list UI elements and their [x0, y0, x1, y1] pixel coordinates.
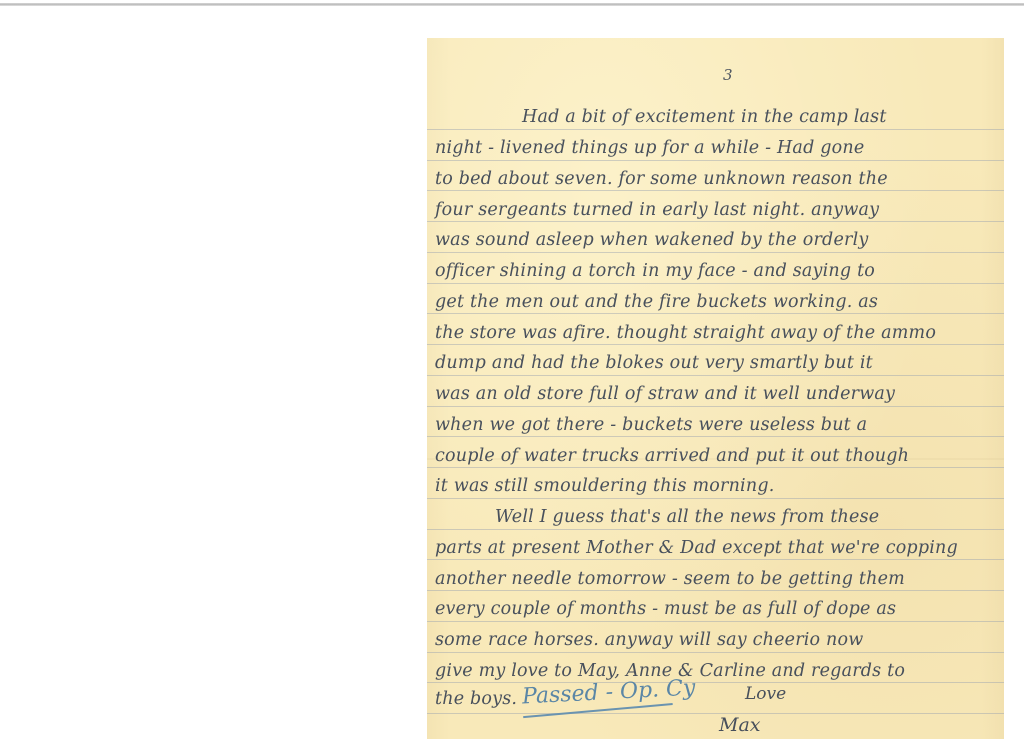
- letter-line: get the men out and the fire buckets wor…: [435, 291, 1000, 313]
- page-number: 3: [723, 66, 733, 84]
- ruled-line: [427, 283, 1004, 284]
- ruled-line: [427, 129, 1004, 130]
- letter-line: some race horses. anyway will say cheeri…: [435, 629, 1000, 651]
- letter-line: the store was afire. thought straight aw…: [435, 322, 1000, 344]
- ruled-line: [427, 252, 1004, 253]
- letter-line: four sergeants turned in early last nigh…: [435, 199, 1000, 221]
- letter-line: night - livened things up for a while - …: [435, 137, 1000, 159]
- ruled-line: [427, 682, 1004, 683]
- ruled-line: [427, 559, 1004, 560]
- letter-line: another needle tomorrow - seem to be get…: [435, 568, 1000, 590]
- letter-line: Had a bit of excitement in the camp last: [522, 106, 1004, 128]
- letter-line: parts at present Mother & Dad except tha…: [435, 537, 1000, 559]
- ruled-line: [427, 344, 1004, 345]
- letter-paper: 3 Had a bit of excitement in the camp la…: [427, 38, 1004, 739]
- ruled-line: [427, 652, 1004, 653]
- ruled-line: [427, 406, 1004, 407]
- ruled-line: [427, 436, 1004, 437]
- ruled-line: [427, 498, 1004, 499]
- letter-signature: Max: [719, 714, 761, 736]
- letter-line: it was still smouldering this morning.: [435, 475, 1000, 497]
- ruled-line: [427, 160, 1004, 161]
- ruled-line: [427, 190, 1004, 191]
- ruled-line: [427, 713, 1004, 714]
- ruled-line: [427, 375, 1004, 376]
- letter-line: when we got there - buckets were useless…: [435, 414, 1000, 436]
- ruled-line: [427, 621, 1004, 622]
- letter-line: Well I guess that's all the news from th…: [495, 506, 1004, 528]
- ruled-line: [427, 529, 1004, 530]
- letter-line: the boys.: [435, 688, 1000, 710]
- scanned-page: 3 Had a bit of excitement in the camp la…: [0, 0, 1024, 739]
- letter-line: was sound asleep when wakened by the ord…: [435, 229, 1000, 251]
- ruled-line: [427, 221, 1004, 222]
- letter-line: dump and had the blokes out very smartly…: [435, 352, 1000, 374]
- letter-closing: Love: [745, 684, 786, 704]
- letter-line: every couple of months - must be as full…: [435, 598, 1000, 620]
- ruled-line: [427, 313, 1004, 314]
- ruled-line: [427, 467, 1004, 468]
- scanner-edge-line: [0, 3, 1024, 6]
- ruled-line: [427, 590, 1004, 591]
- letter-line: give my love to May, Anne & Carline and …: [435, 660, 1000, 682]
- letter-line: couple of water trucks arrived and put i…: [435, 445, 1000, 467]
- letter-line: to bed about seven. for some unknown rea…: [435, 168, 1000, 190]
- letter-line: was an old store full of straw and it we…: [435, 383, 1000, 405]
- letter-line: officer shining a torch in my face - and…: [435, 260, 1000, 282]
